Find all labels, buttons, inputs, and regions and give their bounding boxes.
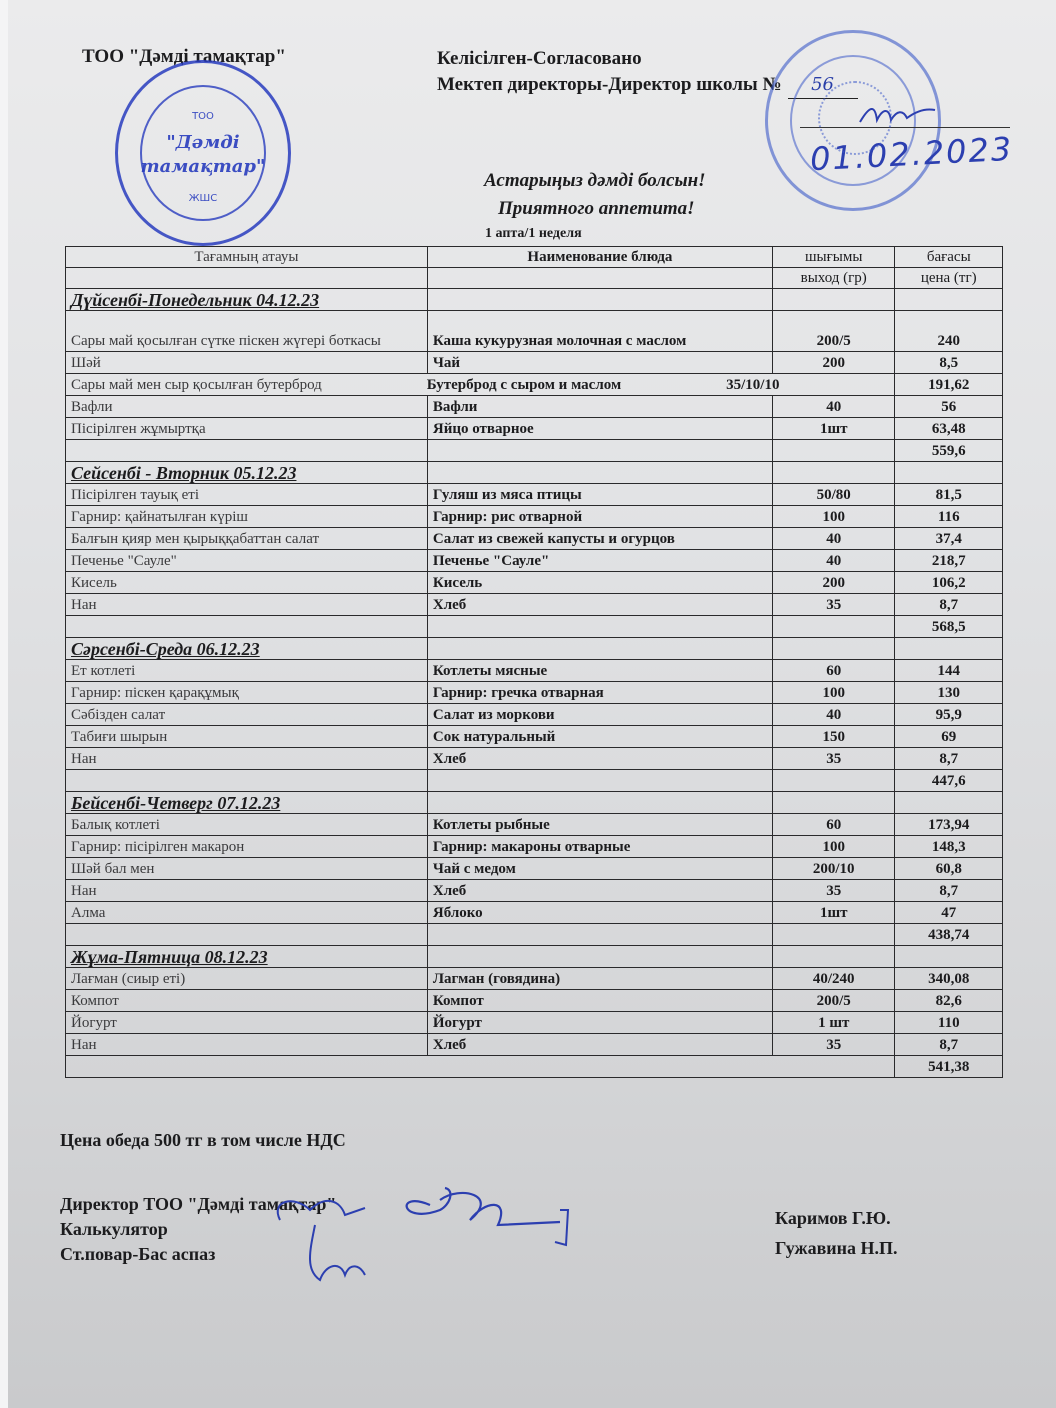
day-total-row: 447,6 — [66, 770, 1003, 792]
dish-yield: 35/10/10 — [726, 376, 779, 395]
table-row: Пісірілген тауық етіГуляш из мяса птицы5… — [66, 484, 1003, 506]
dish-name-ru: Хлеб — [427, 880, 772, 902]
dish-price: 106,2 — [895, 572, 1003, 594]
dish-yield: 40 — [772, 550, 895, 572]
dish-yield: 60 — [772, 660, 895, 682]
header-yield-ru: выход (гр) — [772, 268, 895, 289]
dish-name-ru: Лагман (говядина) — [427, 968, 772, 990]
dish-yield: 35 — [772, 1034, 895, 1056]
empty-cell — [66, 440, 428, 462]
dish-name-ru: Хлеб — [427, 748, 772, 770]
table-row: Лағман (сиыр еті)Лагман (говядина)40/240… — [66, 968, 1003, 990]
dish-price: 240 — [895, 311, 1003, 352]
dish-price: 340,08 — [895, 968, 1003, 990]
dish-name-kz: Балық котлеті — [66, 814, 428, 836]
day-total: 559,6 — [895, 440, 1003, 462]
table-row: АлмаЯблоко1шт47 — [66, 902, 1003, 924]
table-subheader-row: выход (гр) цена (тг) — [66, 268, 1003, 289]
dish-yield: 40 — [772, 528, 895, 550]
empty-cell — [895, 289, 1003, 311]
dish-yield: 200 — [772, 572, 895, 594]
dish-name-kz: Нан — [66, 880, 428, 902]
empty-cell — [66, 924, 428, 946]
dish-yield: 100 — [772, 836, 895, 858]
empty-cell — [895, 638, 1003, 660]
dish-price: 60,8 — [895, 858, 1003, 880]
name-director: Каримов Г.Ю. — [775, 1203, 898, 1233]
day-header-row: Сейсенбі - Вторник 05.12.23 — [66, 462, 1003, 484]
dish-yield: 200/5 — [772, 311, 895, 352]
empty-cell — [772, 638, 895, 660]
table-row: Балық котлетіКотлеты рыбные60173,94 — [66, 814, 1003, 836]
day-total: 568,5 — [895, 616, 1003, 638]
dish-name-ru: Компот — [427, 990, 772, 1012]
day-total: 447,6 — [895, 770, 1003, 792]
dish-yield: 200/5 — [772, 990, 895, 1012]
dish-name-kz: Сары май қосылған сүтке піскен жүгері бо… — [66, 311, 428, 352]
dish-price: 8,7 — [895, 1034, 1003, 1056]
day-title-cell: Бейсенбі-Четверг 07.12.23 — [66, 792, 428, 814]
table-row: Балғын қияр мен қырыққабаттан салатСалат… — [66, 528, 1003, 550]
dish-name-ru: Котлеты мясные — [427, 660, 772, 682]
table-row: НанХлеб358,7 — [66, 748, 1003, 770]
day-total-row: 568,5 — [66, 616, 1003, 638]
greeting-kz: Астарыңыз дәмді болсын! — [484, 170, 706, 192]
dish-name-kz: Гарнир: піскен қарақұмық — [66, 682, 428, 704]
empty-cell — [895, 946, 1003, 968]
menu-table: Тағамның атауы Наименование блюда шығымы… — [65, 246, 1003, 1078]
table-row: КомпотКомпот200/582,6 — [66, 990, 1003, 1012]
table-row: Пісірілген жұмыртқаЯйцо отварное1шт63,48 — [66, 418, 1003, 440]
dish-name-kz: Компот — [66, 990, 428, 1012]
dish-name-kz: Нан — [66, 594, 428, 616]
dish-yield: 35 — [772, 748, 895, 770]
dish-name-kz: Лағман (сиыр еті) — [66, 968, 428, 990]
table-row: Гарнир: піскен қарақұмықГарнир: гречка о… — [66, 682, 1003, 704]
day-title: Жұма-Пятница 08.12.23 — [71, 947, 268, 967]
dish-name-ru: Чай — [427, 352, 772, 374]
dish-name-ru: Яйцо отварное — [427, 418, 772, 440]
dish-yield: 60 — [772, 814, 895, 836]
dish-yield: 200/10 — [772, 858, 895, 880]
header-yield-kz: шығымы — [772, 247, 895, 268]
dish-name-kz: Гарнир: қайнатылған күріш — [66, 506, 428, 528]
dish-yield: 40 — [772, 704, 895, 726]
table-row: НанХлеб358,7 — [66, 880, 1003, 902]
day-total: 541,38 — [895, 1056, 1003, 1078]
dish-name-kz: Табиғи шырын — [66, 726, 428, 748]
day-total-row: 438,74 — [66, 924, 1003, 946]
dish-name-ru: Котлеты рыбные — [427, 814, 772, 836]
day-header-row: Жұма-Пятница 08.12.23 — [66, 946, 1003, 968]
header-kz-name: Тағамның атауы — [66, 247, 428, 268]
empty-cell — [66, 1056, 895, 1078]
day-title-cell: Сейсенбі - Вторник 05.12.23 — [66, 462, 428, 484]
table-row: НанХлеб358,7 — [66, 1034, 1003, 1056]
dish-name-ru: Хлеб — [427, 1034, 772, 1056]
empty-cell — [427, 638, 772, 660]
dish-name-ru: Чай с медом — [427, 858, 772, 880]
dish-name-ru: Печенье "Сауле" — [427, 550, 772, 572]
dish-name-ru: Сок натуральный — [427, 726, 772, 748]
table-row: ШәйЧай2008,5 — [66, 352, 1003, 374]
dish-yield: 1 шт — [772, 1012, 895, 1034]
day-total-row: 559,6 — [66, 440, 1003, 462]
dish-name-ru: Вафли — [427, 396, 772, 418]
table-row: Сәбізден салатСалат из моркови4095,9 — [66, 704, 1003, 726]
day-title: Дүйсенбі-Понедельник 04.12.23 — [71, 290, 319, 310]
dish-yield: 150 — [772, 726, 895, 748]
empty-cell — [66, 770, 428, 792]
dish-name-kz: Сары май мен сыр қосылған бутерброд — [71, 376, 322, 395]
dish-name-kz: Гарнир: пісірілген макарон — [66, 836, 428, 858]
table-row: Печенье "Сауле"Печенье "Сауле"40218,7 — [66, 550, 1003, 572]
empty-cell — [895, 792, 1003, 814]
dish-price: 116 — [895, 506, 1003, 528]
dish-yield: 35 — [772, 880, 895, 902]
empty-cell — [772, 792, 895, 814]
emblem-icon — [818, 81, 892, 155]
table-row: ЙогуртЙогурт1 шт110 — [66, 1012, 1003, 1034]
dish-name-kz: Йогурт — [66, 1012, 428, 1034]
day-title-cell: Дүйсенбі-Понедельник 04.12.23 — [66, 289, 428, 311]
table-row: Гарнир: қайнатылған күрішГарнир: рис отв… — [66, 506, 1003, 528]
dish-yield: 50/80 — [772, 484, 895, 506]
empty-cell — [427, 946, 772, 968]
empty-cell — [427, 616, 772, 638]
empty-cell — [427, 289, 772, 311]
empty-cell — [427, 792, 772, 814]
table-row: Сары май қосылған сүтке піскен жүгері бо… — [66, 311, 1003, 352]
empty-cell — [427, 462, 772, 484]
dish-price: 173,94 — [895, 814, 1003, 836]
dish-yield: 1шт — [772, 418, 895, 440]
table-row: КисельКисель200106,2 — [66, 572, 1003, 594]
dish-yield: 35 — [772, 594, 895, 616]
dish-name-ru: Гарнир: макароны отварные — [427, 836, 772, 858]
dish-price: 130 — [895, 682, 1003, 704]
dish-price: 144 — [895, 660, 1003, 682]
dish-name-ru: Яблоко — [427, 902, 772, 924]
table-row: Ет котлетіКотлеты мясные60144 — [66, 660, 1003, 682]
empty-cell — [895, 462, 1003, 484]
table-row: Сары май мен сыр қосылған бутербродБутер… — [66, 374, 1003, 396]
company-stamp: ТОО "Дәмді тамақтар" ЖШС — [115, 60, 291, 246]
table-row: Шәй бал менЧай с медом200/1060,8 — [66, 858, 1003, 880]
empty-cell — [772, 770, 895, 792]
dish-price: 69 — [895, 726, 1003, 748]
dish-name-kz: Вафли — [66, 396, 428, 418]
dish-name-kz: Ет котлеті — [66, 660, 428, 682]
dish-name-kz: Шәй — [66, 352, 428, 374]
dish-name-ru: Салат из свежей капусты и огурцов — [427, 528, 772, 550]
empty-cell — [427, 440, 772, 462]
merged-cell: Сары май мен сыр қосылған бутербродБутер… — [66, 374, 895, 396]
day-header-row: Дүйсенбі-Понедельник 04.12.23 — [66, 289, 1003, 311]
dish-name-ru: Каша кукурузная молочная с маслом — [427, 311, 772, 352]
page-edge — [0, 0, 8, 1408]
dish-yield: 1шт — [772, 902, 895, 924]
dish-name-ru: Гуляш из мяса птицы — [427, 484, 772, 506]
dish-price: 82,6 — [895, 990, 1003, 1012]
day-header-row: Сәрсенбі-Среда 06.12.23 — [66, 638, 1003, 660]
dish-price: 47 — [895, 902, 1003, 924]
dish-name-ru: Салат из моркови — [427, 704, 772, 726]
dish-name-kz: Балғын қияр мен қырыққабаттан салат — [66, 528, 428, 550]
dish-price: 8,5 — [895, 352, 1003, 374]
dish-price: 8,7 — [895, 748, 1003, 770]
empty-cell — [772, 946, 895, 968]
dish-name-ru: Йогурт — [427, 1012, 772, 1034]
day-title: Бейсенбі-Четверг 07.12.23 — [71, 793, 280, 813]
dish-yield: 40 — [772, 396, 895, 418]
table-header-row: Тағамның атауы Наименование блюда шығымы… — [66, 247, 1003, 268]
handwritten-signatures — [270, 1180, 600, 1300]
empty-cell — [427, 770, 772, 792]
empty-cell — [772, 616, 895, 638]
day-title-cell: Сәрсенбі-Среда 06.12.23 — [66, 638, 428, 660]
day-header-row: Бейсенбі-Четверг 07.12.23 — [66, 792, 1003, 814]
stamp-bottom-text: ЖШС — [118, 193, 288, 204]
empty-cell — [772, 289, 895, 311]
dish-name-kz: Сәбізден салат — [66, 704, 428, 726]
table-row: Табиғи шырынСок натуральный15069 — [66, 726, 1003, 748]
dish-yield: 100 — [772, 506, 895, 528]
dish-name-ru: Кисель — [427, 572, 772, 594]
dish-price: 218,7 — [895, 550, 1003, 572]
dish-yield: 200 — [772, 352, 895, 374]
dish-price: 95,9 — [895, 704, 1003, 726]
dish-yield: 100 — [772, 682, 895, 704]
day-title: Сәрсенбі-Среда 06.12.23 — [71, 639, 260, 659]
dish-price: 63,48 — [895, 418, 1003, 440]
dish-name-kz: Нан — [66, 748, 428, 770]
empty-cell — [66, 616, 428, 638]
name-calculator: Гужавина Н.П. — [775, 1233, 898, 1263]
dish-price: 81,5 — [895, 484, 1003, 506]
dish-name-kz: Нан — [66, 1034, 428, 1056]
dish-price: 37,4 — [895, 528, 1003, 550]
dish-price: 148,3 — [895, 836, 1003, 858]
dish-yield: 40/240 — [772, 968, 895, 990]
stamp-top-text: ТОО — [118, 111, 288, 122]
dish-name-ru: Бутерброд с сыром и маслом — [427, 376, 621, 395]
empty-cell — [427, 924, 772, 946]
dish-name-kz: Пісірілген тауық еті — [66, 484, 428, 506]
header-price-ru: цена (тг) — [895, 268, 1003, 289]
stamp-middle-text: "Дәмді тамақтар" — [118, 131, 288, 179]
week-label: 1 апта/1 неделя — [485, 226, 582, 242]
director-label: Мектеп директоры-Директор школы № — [437, 72, 782, 98]
dish-name-kz: Печенье "Сауле" — [66, 550, 428, 572]
dish-name-kz: Кисель — [66, 572, 428, 594]
dish-name-ru: Гарнир: рис отварной — [427, 506, 772, 528]
empty-cell — [772, 462, 895, 484]
day-title-cell: Жұма-Пятница 08.12.23 — [66, 946, 428, 968]
dish-price: 110 — [895, 1012, 1003, 1034]
table-row: Гарнир: пісірілген макаронГарнир: макаро… — [66, 836, 1003, 858]
day-title: Сейсенбі - Вторник 05.12.23 — [71, 463, 296, 483]
price-note: Цена обеда 500 тг в том числе НДС — [60, 1130, 346, 1151]
header-ru-name: Наименование блюда — [427, 247, 772, 268]
dish-price: 8,7 — [895, 594, 1003, 616]
dish-name-kz: Пісірілген жұмыртқа — [66, 418, 428, 440]
dish-price: 8,7 — [895, 880, 1003, 902]
empty-cell — [772, 440, 895, 462]
table-row: ВафлиВафли4056 — [66, 396, 1003, 418]
dish-price: 56 — [895, 396, 1003, 418]
day-total: 438,74 — [895, 924, 1003, 946]
header-price-kz: бағасы — [895, 247, 1003, 268]
greeting-ru: Приятного аппетита! — [498, 198, 695, 220]
empty-cell — [772, 924, 895, 946]
dish-price: 191,62 — [895, 374, 1003, 396]
dish-name-kz: Алма — [66, 902, 428, 924]
dish-name-kz: Шәй бал мен — [66, 858, 428, 880]
signatory-names: Каримов Г.Ю. Гужавина Н.П. — [775, 1203, 898, 1263]
dish-name-ru: Хлеб — [427, 594, 772, 616]
table-row: НанХлеб358,7 — [66, 594, 1003, 616]
day-total-row: 541,38 — [66, 1056, 1003, 1078]
dish-name-ru: Гарнир: гречка отварная — [427, 682, 772, 704]
